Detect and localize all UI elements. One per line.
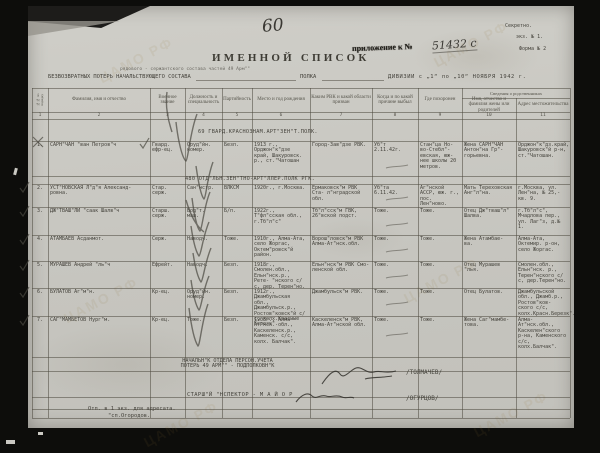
table-grid-line (32, 371, 570, 372)
column-header: Адрес местожительства (517, 99, 569, 111)
table-cell: Наводч. (187, 237, 220, 242)
column-header: Имя, отчество и фамилия жены или родител… (463, 99, 515, 111)
table-cell: Тоже. (420, 318, 460, 323)
subtitle-polka: ПОЛКА (300, 75, 316, 80)
table-grid-line (570, 88, 571, 418)
dust-speck (38, 432, 43, 435)
table-cell: Алма-Ата, Октемир. р-он, село Жоргас. (518, 237, 568, 253)
table-cell: Кр-ец. (152, 318, 183, 323)
column-header: Партийность (223, 89, 251, 111)
form-number: Форма № 2 (519, 47, 546, 52)
table-cell: ДЖ"ТВАШ"ЛИ "саак Шалв"ч (50, 209, 148, 214)
handwritten-page-number: 60 (261, 15, 284, 37)
section-title: 480 ОТД"ЛЬН.ЗЕН"ТНО-АРТ"ЛЛЕР.ПОЛК РГК. (185, 177, 315, 182)
table-grid-line (462, 88, 463, 418)
table-cell: Джамбульской обл., Джамб.р., Ростов"ков-… (518, 290, 568, 317)
table-cell: Вод"т. маш. (187, 209, 220, 220)
table-cell: Тоже. (420, 290, 460, 295)
note-line2: "сп.Огородов. (108, 414, 150, 419)
table-cell: Гвард. ефр-ец. (152, 143, 183, 154)
table-cell: Отец Мурашев "лья. (464, 263, 514, 274)
signature1-name: /ТОЛМАЧЕВ/ (406, 370, 442, 375)
note-line1: Отп. в 1 экз. для адресата. (88, 407, 176, 412)
table-cell: Кр-ец. (152, 290, 183, 295)
table-grid-line (372, 88, 373, 418)
table-cell: 1913 г., Орджон"к"дзе край, Шакуровск. р… (254, 143, 308, 165)
table-cell: Тоже. (374, 263, 416, 268)
subtitle: БЕЗВОЗВРАТНЫХ ПОТЕРЬ НАЧАЛЬСТВУЮЩЕГО СОС… (48, 75, 191, 80)
table-cell: Тоже. (374, 237, 416, 242)
copy-number: экз. № 1. (516, 35, 543, 40)
table-grid-line (150, 88, 151, 418)
page-title: ИМЕННОЙ СПИСОК (212, 52, 370, 64)
column-number: 11 (517, 113, 569, 118)
table-cell: Оруд"йн. номер. (187, 290, 220, 301)
table-cell: УСТ"НОВСКАЯ Л"д"я Александ- ровна. (50, 186, 148, 197)
table-cell: Аг"нской АССР, юж. г., пос. Лен"ново. (420, 186, 460, 208)
table-cell: САГ"МАМБЕТОВ Нург"м. (50, 318, 148, 323)
column-number: 4 (186, 113, 221, 118)
table-cell: Тоже. (374, 290, 416, 295)
classification-label: Секретно. (505, 24, 532, 29)
table-cell: Тоже. (374, 318, 416, 323)
column-header: Каким РВК и какой области призван (311, 89, 371, 111)
table-grid-line (32, 357, 570, 358)
table-cell: Джамбульск"м РВК. (312, 290, 370, 295)
dust-speck (13, 168, 18, 176)
table-cell: Ермаковск"м РВК Ста- л"нградской обл. (312, 186, 370, 202)
table-cell: МУРАШЕВ Андрей "ль"ч (50, 263, 148, 268)
table-cell: 1922г., Т"фл"сская обл., г.Тб"л"с" (254, 209, 308, 225)
table-cell: Город-Зав"дзе РВК. (312, 143, 370, 148)
signature1-role: НАЧАЛЬН"К ОТДЕЛА ПЕРСОН.УЧЕТА ПОТЕРЬ 49 … (170, 359, 285, 370)
table-cell: Безп. (224, 263, 250, 268)
column-number: 8 (373, 113, 417, 118)
column-header: Где похоронен (419, 89, 461, 111)
signature1-role-line2: ПОТЕРЬ 49 АРМ"" - ПОДПОЛКОВН"К (181, 363, 275, 369)
column-header: Фамилия, имя и отчество (49, 89, 149, 111)
column-header: Место и год рождения (253, 89, 309, 111)
table-grid-line (32, 88, 33, 418)
blank-line (196, 74, 296, 81)
column-header: Должность и специальность (186, 89, 221, 111)
table-cell: Тоже. (420, 237, 460, 242)
table-cell: Смолен.обл., Ельн"нск. р., Терен"нского … (518, 263, 568, 285)
table-cell: Оруд"йн. номер. (187, 143, 220, 154)
table-grid-line (310, 88, 311, 418)
column-number: 1 (33, 113, 47, 118)
table-cell: 1920г., г.Москва. (254, 186, 308, 191)
table-cell: 4. (34, 237, 46, 242)
table-cell: Ельн"нск"м РВК Смо- ленской обл. (312, 263, 370, 274)
table-cell: Безп. (224, 290, 250, 295)
table-cell: Ефрейт. (152, 263, 183, 268)
table-cell: Орджон"к"дз.край, Шакуровск"й р-н, ст."Ч… (518, 143, 568, 159)
blank-line (322, 74, 384, 81)
table-cell: Тоже. (420, 263, 460, 268)
column-number: 3 (151, 113, 184, 118)
table-cell: Жена САРН"ЧАН Антон"на Гр"- горьевна. (464, 143, 514, 159)
table-cell: Стан"ца Но-во-Стебл"- евская, юж- нее шк… (420, 143, 460, 170)
subtitle-inserted: рядового - сержантского состава частей 4… (120, 67, 250, 72)
signature2-role: СТАРШ"Й "НСПЕКТОР - М А Й О Р (187, 393, 293, 398)
table-cell: Отец Булатов. (464, 290, 514, 295)
table-cell: г.Тб"л"с", Мчадлова пер., ул. Лаг"з, д.№… (518, 209, 568, 231)
table-cell: Б/п. (224, 209, 250, 214)
column-number: 2 (49, 113, 149, 118)
column-header: №№ по порядку (33, 89, 47, 111)
column-number: 6 (253, 113, 309, 118)
table-cell: Наводч. (187, 263, 220, 268)
column-number: 7 (311, 113, 371, 118)
table-cell: Сан"нстр. (187, 186, 220, 191)
table-cell: г.Москва, ул. Лен"на, № 25,- кв. 9. (518, 186, 568, 202)
table-cell: 7. (34, 318, 46, 323)
table-cell: АТАМБАЕВ Асданмот. (50, 237, 148, 242)
table-grid-line (48, 88, 49, 418)
table-cell: Тоже. (374, 209, 416, 214)
column-number: 5 (223, 113, 251, 118)
table-cell: Мать Тереховская Анг"л"на. (464, 186, 514, 197)
table-cell: 5. (34, 263, 46, 268)
table-cell: Безп. (224, 318, 250, 323)
table-cell: 1908г., Алма-Ат"нск. обл., Каскеленск.р.… (254, 318, 308, 345)
table-cell: Жена Саг"мамбе- това. (464, 318, 514, 329)
table-cell: Тоже. (187, 318, 220, 323)
table-cell: 1918г., Смолен.обл., Ельн"нск.р., Рете- … (254, 263, 308, 290)
table-cell: Тб"л"сск"м ГВК, 26"вской подст. (312, 209, 370, 220)
column-header: Военное звание (151, 89, 184, 111)
table-grid-line (32, 119, 570, 120)
table-cell: САРН"ЧАН "ван Петров"ч (50, 143, 148, 148)
table-cell: Серж. (152, 237, 183, 242)
table-cell: Уб"т 2.11.42г. (374, 143, 416, 154)
table-cell: 6. (34, 290, 46, 295)
scanned-document: ЦАМО РФ ЦАМО РФ ЦАМО РФ ЦАМО РФ ЦАМО РФ … (0, 0, 600, 453)
table-cell: Стар. серж. (152, 186, 183, 197)
table-cell: Каскеленск"м РВК, Алма-Ат"нской обл. (312, 318, 370, 329)
dust-speck (6, 440, 15, 444)
signature2-name: /ОГУРЦОВ/ (406, 396, 439, 401)
column-number: 9 (419, 113, 461, 118)
table-cell: ВЛКСМ (224, 186, 250, 191)
table-cell: Тоже. (420, 209, 460, 214)
section-title: 69 ГВАРД.КРАСНОЗНАМ.АРТ"ЗЕН"Т.ПОЛК. (198, 130, 318, 135)
table-cell: 3. (34, 209, 46, 214)
table-cell: Безп. (224, 143, 250, 148)
table-cell: Ворош"ловск"м РВК Алма-Ат"нск.обл. (312, 237, 370, 248)
column-header: Когда и по какой причине выбыл (373, 89, 417, 111)
table-cell: Жена Атамбае- ва. (464, 237, 514, 248)
table-cell: Уб"та 6.11.42. (374, 186, 416, 197)
table-grid-line (32, 397, 570, 398)
table-cell: Алма-Ат"нск.обл., Каскелен"ского р-на, К… (518, 318, 568, 350)
table-grid-line (516, 98, 517, 418)
table-cell: 2. (34, 186, 46, 191)
table-cell: Старш. серж. (152, 209, 183, 220)
table-cell: 1. (34, 143, 46, 148)
table-cell: БУЛАТОВ Аг"м"н. (50, 290, 148, 295)
table-cell: 1910г., Алма-Ата, село Жоргас, Октем"ров… (254, 237, 308, 259)
table-cell: Тоже. (224, 237, 250, 242)
subtitle-period: ДИВИЗИИ с „1“ по „10“ НОЯБРЯ 1942 г. (388, 75, 526, 80)
table-cell: Отец Дж"тваш"л" Шалва. (464, 209, 514, 220)
column-number: 10 (463, 113, 515, 118)
